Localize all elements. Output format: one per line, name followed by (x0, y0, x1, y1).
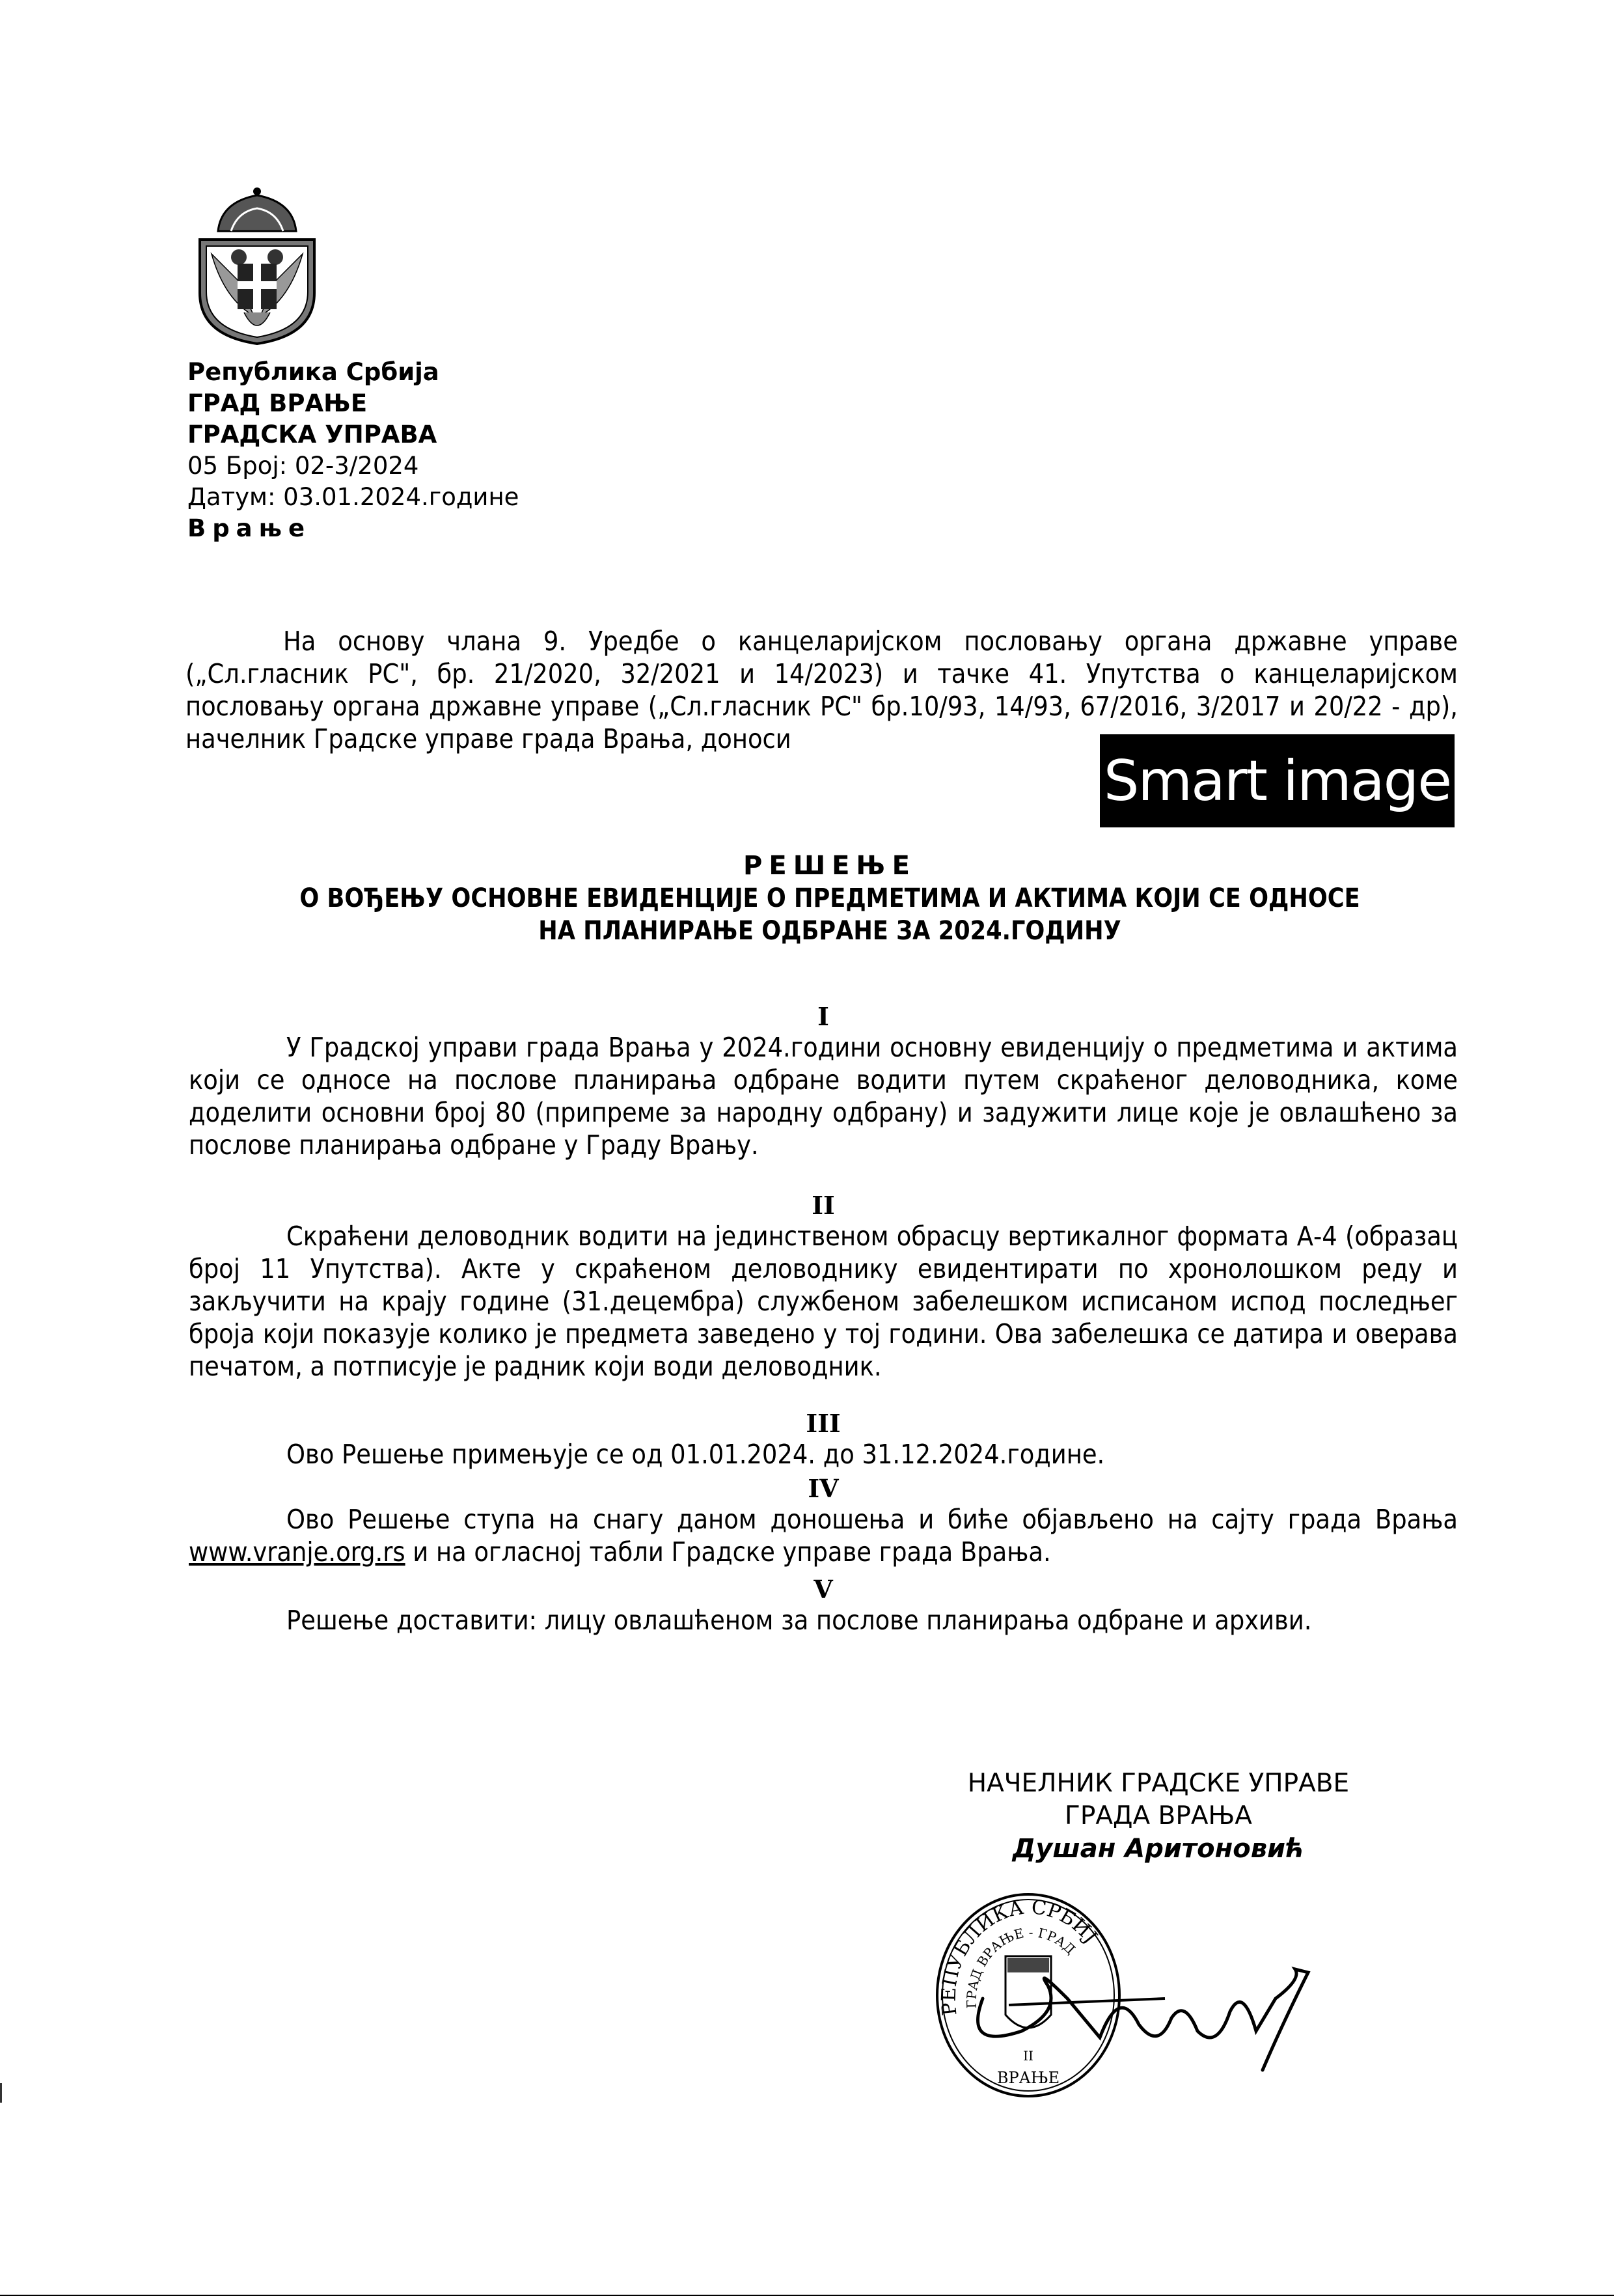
section-3: III Ово Решење примењује се од 01.01.202… (189, 1409, 1458, 1471)
administration-name: ГРАДСКА УПРАВА (187, 419, 519, 450)
section-5: V Решење доставити: лицу овлашћеном за п… (189, 1575, 1458, 1637)
section-numeral: III (189, 1409, 1458, 1438)
decision-title: РЕШЕЊЕ О ВОЂЕЊУ ОСНОВНЕ ЕВИДЕНЦИЈЕ О ПРЕ… (195, 850, 1464, 947)
section-text: Решење доставити: лицу овлашћеном за пос… (189, 1604, 1458, 1637)
title-line-2: НА ПЛАНИРАЊЕ ОДБРАНЕ ЗА 2024.ГОДИНУ (271, 915, 1388, 947)
section-text: Ово Решење примењује се од 01.01.2024. д… (189, 1438, 1458, 1471)
signatory-title-line-1: НАЧЕЛНИК ГРАДСКЕ УПРАВЕ (931, 1767, 1386, 1800)
section-text: Ово Решење ступа на снагу даном доношења… (189, 1503, 1458, 1568)
document-header: Република Србија ГРАД ВРАЊЕ ГРАДСКА УПРА… (187, 357, 519, 544)
signature-block: НАЧЕЛНИК ГРАДСКЕ УПРАВЕ ГРАДА ВРАЊА Душа… (931, 1767, 1386, 1865)
signatory-title-line-2: ГРАДА ВРАЊА (931, 1800, 1386, 1833)
document-number: 05 Број: 02-3/2024 (187, 450, 519, 482)
section-numeral: II (189, 1191, 1458, 1220)
section-4: IV Ово Решење ступа на снагу даном донош… (189, 1474, 1458, 1568)
handwritten-signature-icon (970, 1959, 1334, 2077)
section-numeral: IV (189, 1474, 1458, 1503)
country-name: Република Србија (187, 357, 519, 388)
serbia-coat-of-arms-icon (192, 182, 322, 345)
section-1: I У Градској управи града Врања у 2024.г… (189, 1003, 1458, 1161)
smart-image-watermark: Smart image (1100, 734, 1455, 827)
section-text-before: Ово Решење ступа на снагу даном доношења… (286, 1504, 1458, 1535)
website-link[interactable]: www.vranje.org.rs (189, 1536, 405, 1568)
section-text: У Градској управи града Врања у 2024.год… (189, 1031, 1458, 1161)
section-numeral: V (189, 1575, 1458, 1604)
section-numeral: I (189, 1003, 1458, 1031)
section-text: Скраћени деловодник водити на јединствен… (189, 1220, 1458, 1383)
section-2: II Скраћени деловодник водити на јединст… (189, 1191, 1458, 1383)
scan-edge-mark (0, 2083, 2, 2103)
signatory-name: Душан Аритоновић (931, 1833, 1386, 1865)
title-main: РЕШЕЊЕ (195, 850, 1464, 882)
document-date: Датум: 03.01.2024.године (187, 482, 519, 513)
section-text-after: и на огласној табли Градске управе града… (405, 1536, 1051, 1568)
city-name: ГРАД ВРАЊЕ (187, 388, 519, 419)
document-place: Врање (187, 513, 519, 544)
title-line-1: О ВОЂЕЊУ ОСНОВНЕ ЕВИДЕНЦИЈЕ О ПРЕДМЕТИМА… (271, 882, 1388, 915)
